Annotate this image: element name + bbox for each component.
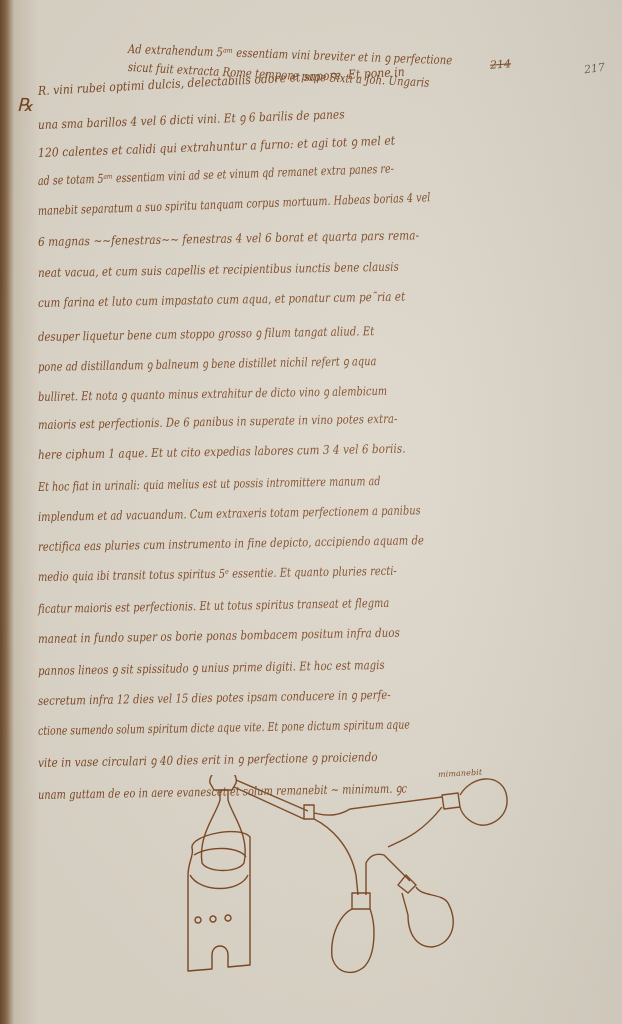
text-line: bulliret. Et nota ꝯ quanto minus extrahi… [38, 382, 387, 405]
recipe-mark-icon: ℞ [17, 95, 33, 116]
text-line: pannos lineos ꝯ sit spissitudo ꝯ unius p… [38, 656, 385, 679]
text-line: vite in vase circulari ꝯ 40 dies erit in… [38, 748, 378, 771]
text-line: ad se totam 5ᵃᵐ essentiam vini ad se et … [38, 162, 394, 188]
text-line: maneat in fundo super os borie ponas bom… [38, 626, 400, 646]
text-line: secretum infra 12 dies vel 15 dies potes… [38, 686, 391, 709]
text-line: here ciphum 1 aque. Et ut cito expedias … [38, 442, 406, 462]
distillation-apparatus-drawing [180, 775, 510, 985]
alembic-illustration-icon [180, 775, 510, 985]
text-line: maioris est perfectionis. De 6 panibus i… [38, 412, 398, 432]
text-line: cum farina et luto cum impastato cum aqu… [38, 290, 405, 310]
text-line: implendum et ad vacuandum. Cum extraxeri… [38, 503, 421, 524]
text-line: pone ad distillandum ꝯ balneum ꝯ bene di… [38, 352, 377, 375]
text-line: neat vacua, et cum suis capellis et reci… [38, 260, 399, 280]
text-line: medio quia ibi transit totus spiritus 5ᵉ… [38, 564, 397, 584]
struck-folio-number: 214 [490, 57, 512, 71]
folio-number: 217 [583, 61, 606, 77]
text-line: manebit separatum a suo spiritu tanquam … [38, 190, 431, 218]
text-line: ficatur maioris est perfectionis. Et ut … [38, 596, 390, 616]
text-line: 120 calentes et calidi qui extrahuntur a… [38, 132, 396, 161]
text-line: Et hoc fiat in urinali: quia melius est … [38, 474, 381, 494]
text-line: desuper liquetur bene cum stoppo grosso … [38, 322, 375, 345]
text-line: una sma barillos 4 vel 6 dicti vini. Et … [38, 105, 345, 133]
manuscript-page: ℞ 214 217 Ad extrahendum 5ᵃᵐ essentiam v… [0, 0, 622, 1024]
text-line: ctione sumendo solum spiritum dicte aque… [38, 718, 410, 738]
text-line: 6 magnas ~~fenestras~~ fenestras 4 vel 6… [38, 228, 419, 249]
text-line: rectifica eas pluries cum instrumento in… [38, 533, 424, 554]
